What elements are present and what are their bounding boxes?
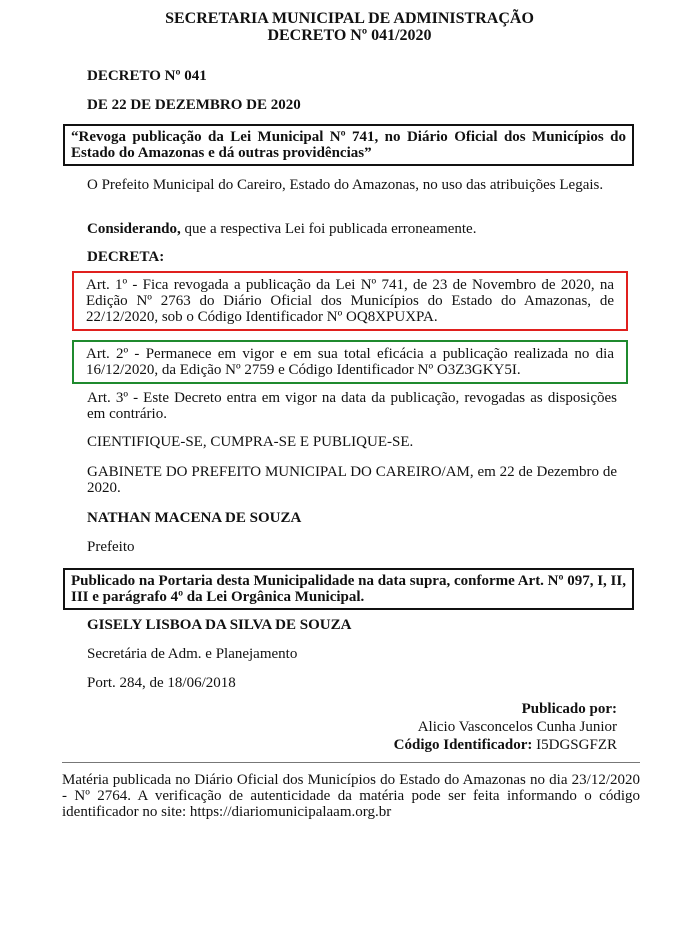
portaria: Port. 284, de 18/06/2018 (87, 675, 617, 691)
signer-name: NATHAN MACENA DE SOUZA (87, 510, 617, 526)
article-2-in-force: Art. 2º - Permanece em vigor e em sua to… (72, 340, 628, 384)
decree-date: DE 22 DE DEZEMBRO DE 2020 (87, 97, 617, 113)
publisher-label: Publicado por: (300, 701, 617, 717)
publisher-code: Código Identificador: I5DGSGFZR (300, 737, 617, 753)
decree-preamble: O Prefeito Municipal do Careiro, Estado … (87, 177, 617, 193)
gabinete: GABINETE DO PREFEITO MUNICIPAL DO CAREIR… (87, 464, 617, 496)
article-1-revoked: Art. 1º - Fica revogada a publicação da … (72, 271, 628, 331)
secretary-title: Secretária de Adm. e Planejamento (87, 646, 617, 662)
considerando-text: que a respectiva Lei foi publicada erron… (181, 221, 477, 237)
header-secretaria: SECRETARIA MUNICIPAL DE ADMINISTRAÇÃO (0, 10, 699, 27)
decree-number: DECRETO Nº 041 (87, 68, 617, 84)
signer-title: Prefeito (87, 539, 617, 555)
publisher-code-value: I5DGSGFZR (532, 737, 617, 753)
footer-verification: Matéria publicada no Diário Oficial dos … (62, 772, 640, 820)
secretary-name: GISELY LISBOA DA SILVA DE SOUZA (87, 617, 617, 633)
publication-note: Publicado na Portaria desta Municipalida… (63, 568, 634, 610)
considerando-paragraph: Considerando, que a respectiva Lei foi p… (87, 221, 617, 237)
header-decreto: DECRETO Nº 041/2020 (0, 27, 699, 44)
cientifique: CIENTIFIQUE-SE, CUMPRA-SE E PUBLIQUE-SE. (87, 434, 617, 450)
publisher-name: Alicio Vasconcelos Cunha Junior (300, 719, 617, 735)
divider (62, 762, 640, 763)
decree-ementa: “Revoga publicação da Lei Municipal Nº 7… (63, 124, 634, 166)
decreta-heading: DECRETA: (87, 249, 617, 265)
article-3: Art. 3º - Este Decreto entra em vigor na… (87, 390, 617, 422)
publisher-code-label: Código Identificador: (394, 737, 533, 753)
considerando-label: Considerando, (87, 221, 181, 237)
